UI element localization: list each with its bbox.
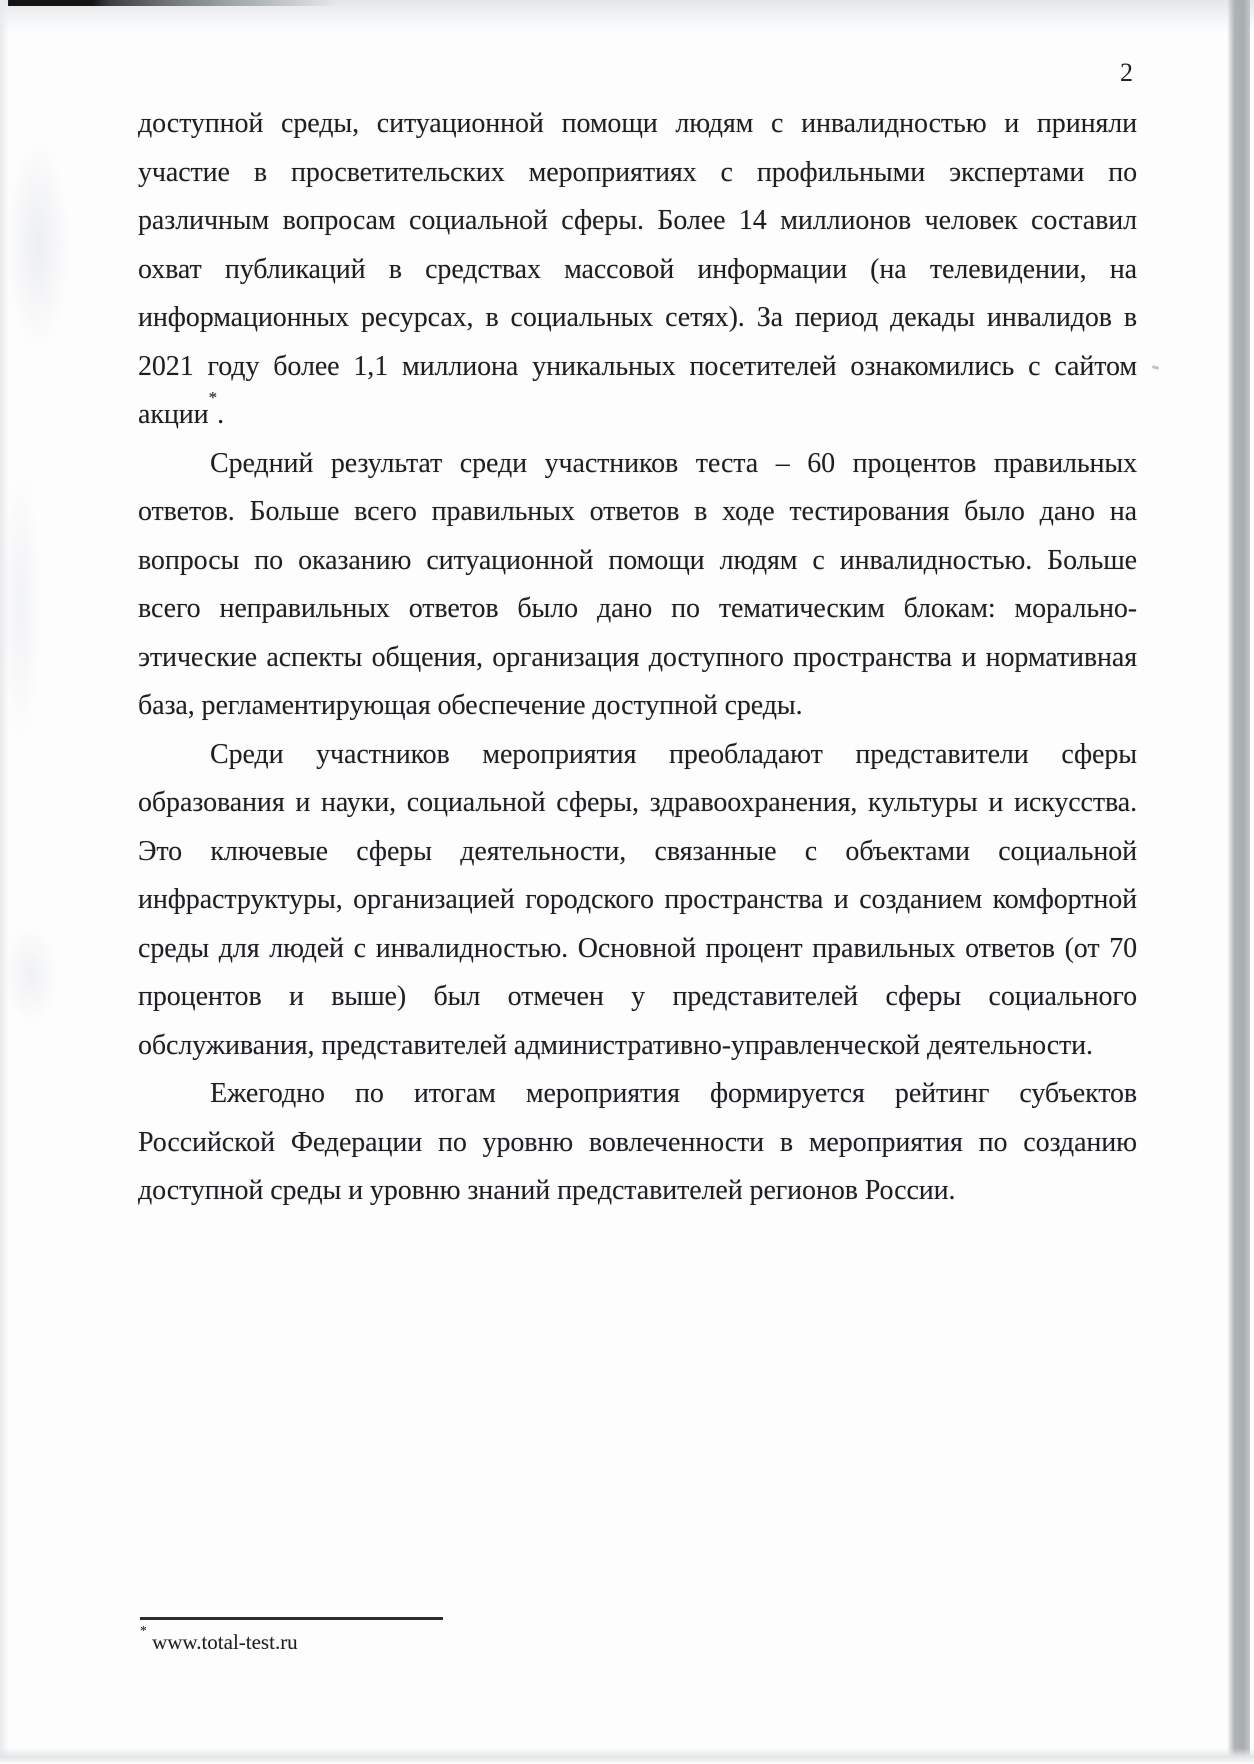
scanned-document-page: { "page": { "number": "2" }, "document":… [0,0,1254,1764]
document-body: доступной среды, ситуационной помощи люд… [138,100,1137,1216]
paragraph: Средний результат среди участников теста… [138,440,1137,731]
paragraph: доступной среды, ситуационной помощи люд… [138,100,1137,440]
paragraph: Среди участников мероприятия преобладают… [138,731,1137,1071]
scan-smudge [6,140,70,350]
paragraph: Ежегодно по итогам мероприятия формирует… [138,1070,1137,1216]
footnote-marker: * [209,388,218,407]
scan-smudge [4,925,58,1025]
paragraph-text: доступной среды, ситуационной помощи люд… [138,108,1137,430]
scan-speck [1152,365,1159,369]
footnote-divider [140,1617,443,1620]
footnote-marker: * [140,1623,147,1638]
scan-left-edge-shadow [0,0,9,1764]
page-number: 2 [1120,58,1133,88]
scan-top-edge-bar [8,0,348,6]
paragraph-text: . [217,399,224,430]
scan-bottom-edge-shadow [0,1748,1254,1764]
scan-right-edge-strip [1228,0,1250,1764]
footnote-url: www.total-test.ru [152,1630,298,1654]
footnote: * www.total-test.ru [140,1617,760,1656]
footnote-text: * www.total-test.ru [140,1628,760,1656]
